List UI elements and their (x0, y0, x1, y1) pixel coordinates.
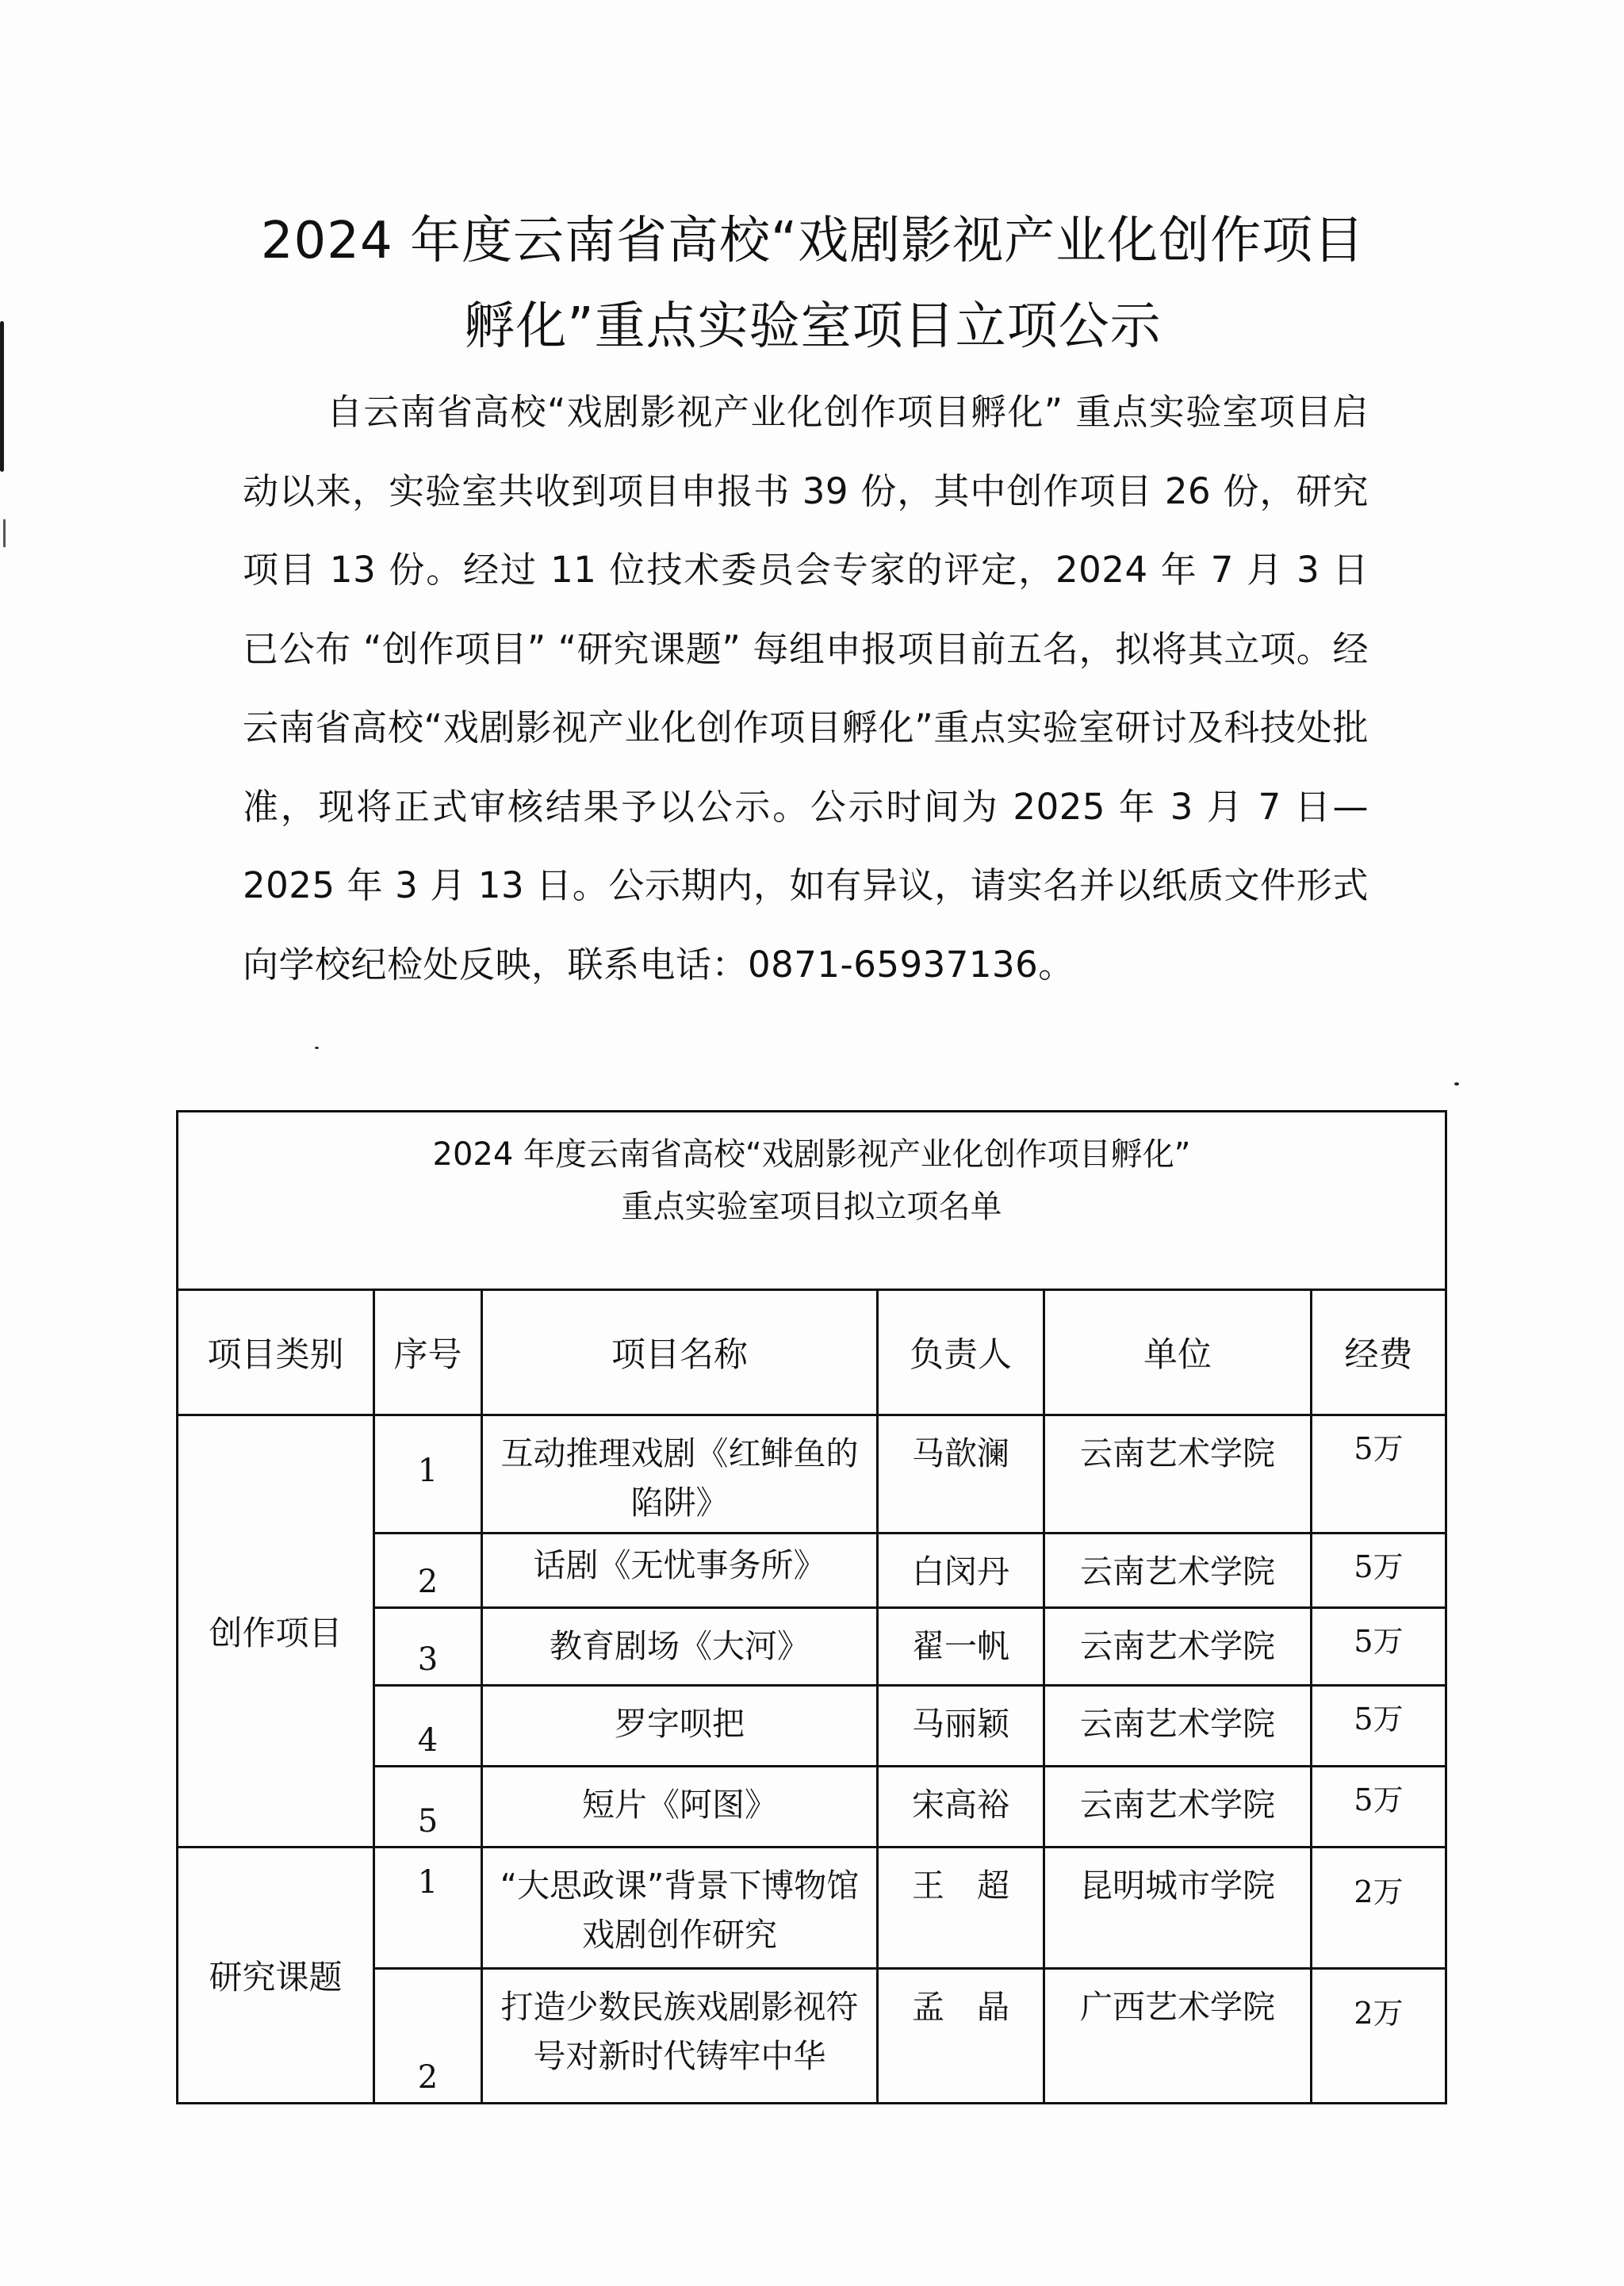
row-unit: 云南艺术学院 (1044, 1415, 1312, 1534)
scan-speck (315, 1047, 319, 1049)
row-leader: 马歆澜 (878, 1415, 1044, 1534)
row-leader: 翟一帆 (878, 1608, 1044, 1686)
row-unit: 昆明城市学院 (1044, 1848, 1312, 1969)
scan-speck (1454, 1082, 1459, 1086)
row-seq: 3 (374, 1608, 482, 1686)
header-category: 项目类别 (178, 1290, 374, 1415)
document-title: 2024 年度云南省高校“戏剧影视产业化创作项目 孵化”重点实验室项目立项公示 (198, 198, 1427, 370)
table-caption-row: 2024 年度云南省高校“戏剧影视产业化创作项目孵化” 重点实验室项目拟立项名单 (178, 1112, 1446, 1290)
row-seq: 2 (374, 1969, 482, 2104)
row-unit: 云南艺术学院 (1044, 1608, 1312, 1686)
row-seq: 1 (374, 1415, 482, 1534)
row-leader: 白闵丹 (878, 1534, 1044, 1608)
row-unit: 云南艺术学院 (1044, 1767, 1312, 1848)
caption-line-2: 重点实验室项目拟立项名单 (178, 1181, 1445, 1233)
row-leader: 马丽颖 (878, 1686, 1044, 1767)
row-seq: 5 (374, 1767, 482, 1848)
row-project-name: 打造少数民族戏剧影视符号对新时代铸牢中华 (482, 1969, 878, 2104)
announcement-body: 自云南省高校“戏剧影视产业化创作项目孵化” 重点实验室项目启动以来，实验室共收到… (243, 373, 1369, 1004)
row-seq: 4 (374, 1686, 482, 1767)
title-line-2: 孵化”重点实验室项目立项公示 (198, 284, 1427, 370)
row-unit: 云南艺术学院 (1044, 1686, 1312, 1767)
category-research: 研究课题 (178, 1848, 374, 2104)
row-leader: 王 超 (878, 1848, 1044, 1969)
row-seq: 1 (374, 1848, 482, 1969)
row-leader: 孟 晶 (878, 1969, 1044, 2104)
row-project-name: 话剧《无忧事务所》 (482, 1534, 878, 1608)
scan-edge-mark-small (3, 519, 6, 547)
header-seq: 序号 (374, 1290, 482, 1415)
row-leader: 宋高裕 (878, 1767, 1044, 1848)
header-leader: 负责人 (878, 1290, 1044, 1415)
caption-line-1: 2024 年度云南省高校“戏剧影视产业化创作项目孵化” (178, 1128, 1445, 1181)
row-project-name: “大思政课”背景下博物馆戏剧创作研究 (482, 1848, 878, 1969)
row-fund: 5万 (1312, 1686, 1446, 1767)
row-seq: 2 (374, 1534, 482, 1608)
row-project-name: 短片《阿图》 (482, 1767, 878, 1848)
header-fund: 经费 (1312, 1290, 1446, 1415)
table-header-row: 项目类别 序号 项目名称 负责人 单位 经费 (178, 1290, 1446, 1415)
row-fund: 5万 (1312, 1767, 1446, 1848)
row-fund: 5万 (1312, 1608, 1446, 1686)
title-line-1: 2024 年度云南省高校“戏剧影视产业化创作项目 (198, 198, 1427, 284)
table-caption: 2024 年度云南省高校“戏剧影视产业化创作项目孵化” 重点实验室项目拟立项名单 (178, 1112, 1446, 1290)
row-fund: 2万 (1312, 1848, 1446, 1969)
row-fund: 5万 (1312, 1534, 1446, 1608)
row-fund: 2万 (1312, 1969, 1446, 2104)
row-unit: 云南艺术学院 (1044, 1534, 1312, 1608)
row-project-name: 罗字呗把 (482, 1686, 878, 1767)
category-creative: 创作项目 (178, 1415, 374, 1848)
header-project-name: 项目名称 (482, 1290, 878, 1415)
row-project-name: 教育剧场《大河》 (482, 1608, 878, 1686)
table-row: 创作项目 1 互动推理戏剧《红鲱鱼的陷阱》 马歆澜 云南艺术学院 5万 (178, 1415, 1446, 1534)
row-project-name: 互动推理戏剧《红鲱鱼的陷阱》 (482, 1415, 878, 1534)
row-fund: 5万 (1312, 1415, 1446, 1534)
table-row: 研究课题 1 “大思政课”背景下博物馆戏剧创作研究 王 超 昆明城市学院 2万 (178, 1848, 1446, 1969)
project-list-table: 2024 年度云南省高校“戏剧影视产业化创作项目孵化” 重点实验室项目拟立项名单… (176, 1110, 1447, 2104)
row-unit: 广西艺术学院 (1044, 1969, 1312, 2104)
scan-edge-mark (0, 321, 4, 472)
header-unit: 单位 (1044, 1290, 1312, 1415)
